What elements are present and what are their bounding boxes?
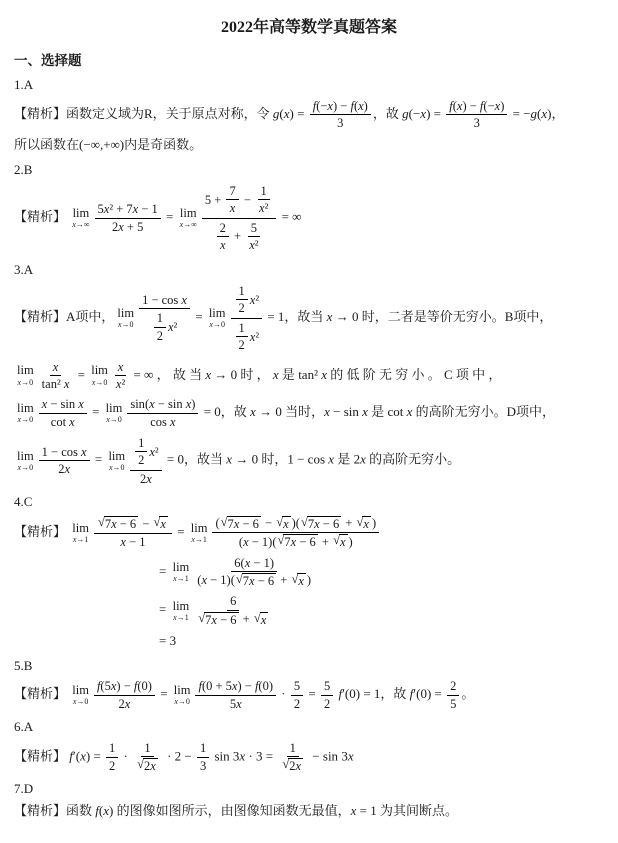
text-run: 【精析】	[14, 748, 69, 763]
math-text: 3	[337, 116, 343, 130]
limit-operator: limx→0	[72, 684, 89, 706]
math-text: x²	[116, 377, 125, 391]
limit-word: lim	[72, 684, 89, 697]
math-text: = 3	[159, 633, 176, 648]
numerator: 5	[248, 221, 260, 237]
math-text: = 0	[164, 452, 184, 467]
denominator: 2	[154, 328, 166, 343]
limit-subscript: x→0	[18, 416, 34, 424]
fraction: x − sin xcot x	[39, 397, 87, 429]
sqrt-content: x	[297, 573, 306, 588]
math-var: x	[160, 517, 166, 531]
limit-subscript: x→0	[174, 698, 190, 706]
limit-operator: limx→0	[209, 307, 226, 329]
numerator: √7x − 6 − √x	[94, 516, 172, 533]
limit-word: lim	[191, 522, 208, 535]
math-var: x	[250, 404, 256, 419]
sqrt-content: x	[362, 516, 371, 531]
math-var: x	[78, 397, 84, 411]
text-run: ，故	[373, 106, 402, 121]
math-text: 2x	[144, 759, 156, 773]
limit-subscript: x→0	[18, 379, 34, 387]
math-var: f	[95, 803, 99, 818]
text-run: ，故当	[284, 309, 326, 324]
math-text: g(−x) =	[402, 106, 444, 121]
sqrt: √7x − 6	[198, 612, 238, 627]
radical-icon: √	[333, 533, 340, 548]
math-text: x²	[149, 445, 158, 459]
math-text: 6	[230, 594, 236, 608]
denominator: 3	[334, 115, 346, 130]
limit-subscript: x→∞	[180, 221, 197, 229]
math-text: +	[277, 573, 290, 587]
math-text: sin(x − sin x)	[130, 397, 195, 411]
math-var: x	[259, 201, 265, 215]
numerator: 7	[226, 184, 238, 200]
limit-operator: limx→0	[108, 450, 125, 472]
math-text: =	[159, 602, 170, 617]
sqrt-content: 2x	[143, 758, 158, 773]
sqrt: √x	[276, 516, 290, 531]
math-text: 1 − cos x	[42, 445, 87, 459]
answer-item-5: 5.B 【精析】 limx→0f(5x) − f(0)2x = limx→0f(…	[14, 657, 604, 712]
limit-word: lim	[17, 402, 34, 415]
fraction: 7x	[226, 184, 238, 216]
text-run: 2	[294, 697, 300, 711]
numerator: (√7x − 6 − √x)(√7x − 6 + √x)	[212, 516, 379, 533]
limit-subscript: x→0	[118, 321, 134, 329]
sqrt: √7x − 6	[221, 516, 261, 531]
numerator: 2	[447, 679, 459, 695]
math-text: x→1	[73, 535, 89, 544]
sqrt-content: 7x − 6	[204, 612, 238, 627]
numerator: 1 − cos x	[139, 293, 190, 309]
math-text: x→∞	[72, 220, 89, 229]
math-var: x	[245, 556, 251, 570]
document-page: 2022年高等数学真题答案 一、选择题 1.A 【精析】函数定义域为R，关于原点…	[0, 0, 618, 843]
math-text: 5	[251, 221, 257, 235]
math-var: f	[338, 686, 342, 701]
math-var: x	[261, 613, 267, 627]
sqrt-content: 7x − 6	[104, 516, 138, 531]
text-run: 是	[368, 404, 388, 419]
math-var: x	[220, 238, 226, 252]
text-run: 2	[138, 453, 144, 467]
fraction: 25	[447, 679, 459, 711]
math-text: )	[307, 573, 311, 587]
math-text: x→0	[118, 320, 134, 329]
sqrt-content: 7x − 6	[283, 534, 317, 549]
sqrt-content: x	[260, 612, 269, 627]
text-run: 是	[334, 452, 354, 467]
math-text: x	[363, 517, 369, 531]
fraction: 52	[291, 679, 303, 711]
math-text: x→1	[173, 574, 189, 583]
numerator: f(5x) − f(0)	[94, 679, 155, 695]
fraction: 1x²	[256, 184, 271, 216]
math-var: g	[531, 106, 538, 121]
math-var: x	[232, 679, 238, 693]
math-text: x→1	[173, 613, 189, 622]
math-text: 1	[261, 184, 267, 198]
fraction: 6(x − 1)(x − 1)(√7x − 6 + √x)	[194, 556, 314, 589]
text-run: 3	[200, 759, 206, 773]
answer-item-7: 7.D 【精析】函数 f(x) 的图像如图所示，由图像知函数无最值，x = 1 …	[14, 780, 604, 820]
sqrt: √2x	[137, 758, 158, 773]
limit-word: lim	[106, 402, 123, 415]
explanation-3: 【精析】A项中，limx→01 − cos x12x² = limx→012x²…	[14, 282, 604, 487]
fraction: 12	[236, 284, 248, 316]
radical-icon: √	[357, 515, 364, 530]
numerator: 1	[154, 311, 166, 327]
math-text: −	[139, 517, 152, 531]
denominator: 3	[471, 115, 483, 130]
math-text: 2x + 5	[112, 220, 143, 234]
explanation-4: 【精析】 limx→1√7x − 6 − √xx − 1 = limx→1(√7…	[14, 515, 604, 651]
radical-icon: √	[301, 515, 308, 530]
fraction: 1√2x	[278, 741, 307, 774]
math-text: f(5x) − f(0)	[97, 679, 152, 693]
denominator: x²	[113, 376, 128, 391]
math-text: f′(x) =	[69, 748, 104, 763]
math-text: x→0	[109, 463, 125, 472]
math-var: x	[116, 377, 122, 391]
denominator: (x − 1)(√7x − 6 + √x)	[194, 572, 314, 588]
answer-item-3: 3.A 【精析】A项中，limx→01 − cos x12x² = limx→0…	[14, 261, 604, 488]
math-var: x	[81, 445, 87, 459]
text-run: 2	[109, 759, 115, 773]
answer-item-1: 1.A 【精析】函数定义域为R，关于原点对称，令 g(x) = f(−x) − …	[14, 76, 604, 154]
math-var: x	[149, 445, 155, 459]
limit-word: lim	[108, 450, 125, 463]
math-text: =	[174, 524, 188, 539]
formula-line: 所以函数在(−∞,+∞)内是奇函数。	[14, 136, 604, 155]
math-text: cos x	[150, 415, 175, 429]
denominator: tan² x	[39, 376, 73, 391]
fraction: 12	[135, 436, 147, 468]
math-text: f′(0) =	[410, 686, 445, 701]
math-var: x	[168, 320, 174, 334]
formula-line: 【精析】 f′(x) = 12 · 1√2x · 2 − 13 sin 3x ·…	[14, 740, 604, 775]
math-text: =	[74, 366, 88, 381]
formula-line: 【精析】A项中，limx→01 − cos x12x² = limx→012x²…	[14, 282, 604, 355]
denominator: 2	[321, 696, 333, 711]
math-text: x	[118, 360, 124, 374]
math-text: =	[89, 404, 103, 419]
fraction: f(−x) − f(x)3	[310, 99, 371, 131]
limit-word: lim	[117, 307, 134, 320]
math-text: −	[241, 193, 254, 207]
math-text: x→0	[18, 415, 34, 424]
fraction: 5x²	[246, 221, 261, 253]
math-text: − sin 3x	[309, 748, 354, 763]
math-text: x	[230, 201, 236, 215]
math-text: ·	[278, 686, 289, 701]
numerator: 1	[197, 741, 209, 757]
formula-line: = limx→16(x − 1)(x − 1)(√7x − 6 + √x)	[14, 555, 604, 590]
limit-subscript: x→0	[209, 321, 225, 329]
text-run: 1	[239, 321, 245, 335]
limit-subscript: x→1	[73, 536, 89, 544]
fraction: f(5x) − f(0)2x	[94, 679, 155, 711]
text-run: 2	[239, 301, 245, 315]
math-text: x²	[168, 320, 177, 334]
limit-operator: limx→0	[106, 402, 123, 424]
numerator: f(−x) − f(x)	[310, 99, 371, 115]
math-var: x	[186, 397, 192, 411]
limit-word: lim	[180, 207, 197, 220]
text-run: 时，	[258, 452, 287, 467]
math-var: x	[348, 748, 354, 763]
limit-word: lim	[17, 450, 34, 463]
text-run: ，故	[380, 686, 409, 701]
denominator: x − 1	[117, 534, 148, 549]
math-var: x	[174, 697, 178, 706]
math-text: =	[157, 686, 171, 701]
text-run: 为其间断点。	[377, 803, 458, 818]
math-var: f	[350, 99, 353, 113]
math-text: )(	[292, 516, 300, 530]
limit-operator: limx→1	[173, 561, 190, 583]
math-text: x → 0	[226, 452, 258, 467]
math-text: +	[240, 612, 253, 626]
math-text: x	[261, 613, 267, 627]
math-text: cot x	[387, 404, 412, 419]
sqrt: √7x − 6	[236, 573, 276, 588]
text-run: 2	[239, 338, 245, 352]
answer-item-4: 4.C 【精析】 limx→1√7x − 6 − √xx − 1 = limx→…	[14, 493, 604, 651]
numerator: 1	[135, 436, 147, 452]
sqrt-content: 7x − 6	[242, 573, 276, 588]
limit-operator: limx→1	[72, 522, 89, 544]
denominator: √7x − 6 + √x	[194, 611, 272, 627]
numerator: sin(x − sin x)	[127, 397, 198, 413]
math-var: x	[149, 397, 155, 411]
math-text: +	[342, 516, 355, 530]
text-run: 1	[138, 436, 144, 450]
numerator: 12x²	[130, 435, 162, 471]
math-text: 7x − 6	[205, 613, 236, 627]
text-run: 当时，	[282, 404, 324, 419]
formula-line: limx→01 − cos x2x = limx→012x²2x = 0，故当 …	[14, 434, 604, 487]
radical-icon: √	[154, 515, 161, 530]
radical-icon: √	[236, 572, 243, 587]
section-heading: 一、选择题	[14, 51, 604, 71]
math-var: x	[92, 378, 96, 387]
text-run: 【精析】	[14, 209, 69, 224]
text-run: 1	[239, 284, 245, 298]
denominator: x²	[256, 200, 271, 215]
fraction: 2x	[217, 221, 229, 253]
math-var: x	[180, 220, 184, 229]
fraction: 12	[236, 321, 248, 353]
text-run: ，	[552, 106, 565, 121]
answer-label-2: 2.B	[14, 161, 604, 179]
math-text: )	[372, 516, 376, 530]
math-text: x	[298, 574, 304, 588]
math-text: x	[220, 238, 226, 252]
math-var: x	[250, 330, 256, 344]
math-var: x	[230, 201, 236, 215]
radical-icon: √	[254, 611, 261, 626]
math-var: x	[111, 679, 117, 693]
math-text: x − sin x	[324, 404, 368, 419]
math-text: =	[163, 209, 177, 224]
text-run: 的高阶无穷小。	[366, 452, 460, 467]
math-var: x	[495, 99, 501, 113]
sqrt: √x	[254, 612, 268, 627]
math-text: x→0	[209, 320, 225, 329]
math-text: x²	[250, 330, 259, 344]
math-text: = −g(x)	[509, 106, 551, 121]
denominator: 2	[236, 300, 248, 315]
fraction: 52	[321, 679, 333, 711]
math-text: 7x − 6	[284, 535, 315, 549]
math-text: x²	[250, 293, 259, 307]
math-text: = ∞	[278, 209, 301, 224]
math-text: tan² x	[298, 366, 327, 381]
answer-label-5: 5.B	[14, 657, 604, 675]
math-var: x	[234, 517, 240, 531]
fraction: sin(x − sin x)cos x	[127, 397, 198, 429]
math-text: 1 − cos x	[142, 293, 187, 307]
limit-operator: limx→0	[91, 364, 108, 386]
limit-subscript: x→0	[109, 464, 125, 472]
math-text: (x − 1)(	[239, 535, 277, 549]
math-var: x	[284, 106, 290, 121]
text-run: 【精析】A项中，	[14, 309, 114, 324]
math-text: 5x	[230, 697, 242, 711]
text-run: 5	[450, 697, 456, 711]
denominator: x²	[246, 237, 261, 252]
text-run: ，故当	[184, 452, 226, 467]
sqrt: √x	[357, 516, 371, 531]
math-var: x	[291, 535, 297, 549]
explanation-1: 【精析】函数定义域为R，关于原点对称，令 g(x) = f(−x) − f(x)…	[14, 98, 604, 155]
math-text: tan² x	[42, 377, 70, 391]
limit-operator: limx→0	[174, 684, 191, 706]
math-text: )	[349, 535, 353, 549]
math-text: x²	[259, 201, 268, 215]
explanation-2: 【精析】 limx→∞5x² + 7x − 12x + 5 = limx→∞5 …	[14, 182, 604, 255]
text-run: 1	[144, 741, 150, 755]
numerator: 1	[287, 741, 299, 757]
limit-operator: limx→0	[17, 402, 34, 424]
text-run: 。	[461, 686, 474, 701]
math-text: x→0	[92, 378, 108, 387]
radical-icon: √	[276, 515, 283, 530]
math-text: x − 1	[120, 535, 145, 549]
sqrt-content: 7x − 6	[307, 516, 341, 531]
math-var: x	[120, 535, 126, 549]
math-text: f(x) − f(−x)	[449, 99, 504, 113]
math-text: sin 3x · 3 =	[211, 748, 276, 763]
math-text: x²	[249, 238, 258, 252]
denominator: 3	[197, 758, 209, 773]
math-text: x→0	[73, 697, 89, 706]
math-var: x	[243, 535, 249, 549]
math-var: x	[457, 99, 463, 113]
math-var: x	[125, 697, 131, 711]
math-var: x	[118, 320, 122, 329]
text-run: 【精析】函数	[14, 803, 95, 818]
fraction: 1 − cos x2x	[39, 445, 90, 477]
answer-label-3: 3.A	[14, 261, 604, 279]
numerator: 6	[227, 594, 239, 610]
numerator: x	[115, 360, 127, 376]
sqrt-content: 2x	[288, 758, 303, 773]
math-text: · 2 −	[164, 748, 195, 763]
limit-operator: limx→0	[17, 450, 34, 472]
limit-operator: limx→1	[191, 522, 208, 544]
math-var: x	[358, 99, 364, 113]
math-text: = ∞	[130, 366, 156, 381]
text-run: 2	[324, 697, 330, 711]
limit-operator: limx→1	[173, 600, 190, 622]
numerator: f(0 + 5x) − f(0)	[195, 679, 276, 695]
fraction: 12x²12x²	[231, 283, 263, 354]
fraction: 5 + 7x − 1x²2x + 5x²	[202, 183, 276, 254]
formula-line: 【精析】 limx→0f(5x) − f(0)2x = limx→0f(0 + …	[14, 678, 604, 712]
fraction: 12	[106, 741, 118, 773]
radical-icon: √	[98, 515, 105, 530]
numerator: 1	[258, 184, 270, 200]
denominator: 2x	[116, 696, 134, 711]
math-var: f	[198, 679, 201, 693]
text-run: 【精析】	[14, 524, 69, 539]
math-text: x	[160, 517, 166, 531]
math-var: f	[449, 99, 452, 113]
numerator: 1	[106, 741, 118, 757]
explanation-6: 【精析】 f′(x) = 12 · 1√2x · 2 − 13 sin 3x ·…	[14, 740, 604, 775]
limit-word: lim	[173, 561, 190, 574]
math-text: g(x) =	[273, 106, 308, 121]
denominator: √2x	[278, 757, 307, 773]
text-run: 的高阶无穷小。D项中，	[412, 404, 555, 419]
text-run: ， 故 当	[157, 366, 206, 381]
numerator: 5 + 7x − 1x²	[202, 183, 276, 219]
fraction: 13	[197, 741, 209, 773]
fraction: 12x²2x	[130, 435, 162, 486]
text-run: 1	[109, 741, 115, 755]
math-text: cot x	[51, 415, 75, 429]
math-var: x	[283, 517, 289, 531]
math-text: 7x − 6	[105, 517, 136, 531]
math-text: x	[283, 517, 289, 531]
numerator: 5	[291, 679, 303, 695]
math-var: x	[351, 803, 357, 818]
math-var: x	[42, 397, 48, 411]
math-var: x	[541, 106, 547, 121]
math-text: f(x)	[95, 803, 113, 818]
text-run: 时，二者是等价无穷小。B项中，	[358, 309, 552, 324]
math-text: 1 − cos x	[287, 452, 334, 467]
limit-word: lim	[174, 684, 191, 697]
denominator: (x − 1)(√7x − 6 + √x)	[236, 533, 356, 549]
denominator: 12x²	[231, 319, 263, 354]
formula-line: limx→0x − sin xcot x = limx→0sin(x − sin…	[14, 396, 604, 430]
math-var: x	[327, 99, 333, 113]
limit-word: lim	[209, 307, 226, 320]
math-text: 7x − 6	[243, 574, 274, 588]
math-var: x	[69, 415, 75, 429]
text-run: 所以函数在	[14, 137, 79, 152]
math-var: x	[173, 613, 177, 622]
math-text: 7x − 6	[228, 517, 259, 531]
radical-icon: √	[291, 572, 298, 587]
page-title: 2022年高等数学真题答案	[14, 18, 604, 39]
math-text: f(−x) − f(x)	[313, 99, 368, 113]
